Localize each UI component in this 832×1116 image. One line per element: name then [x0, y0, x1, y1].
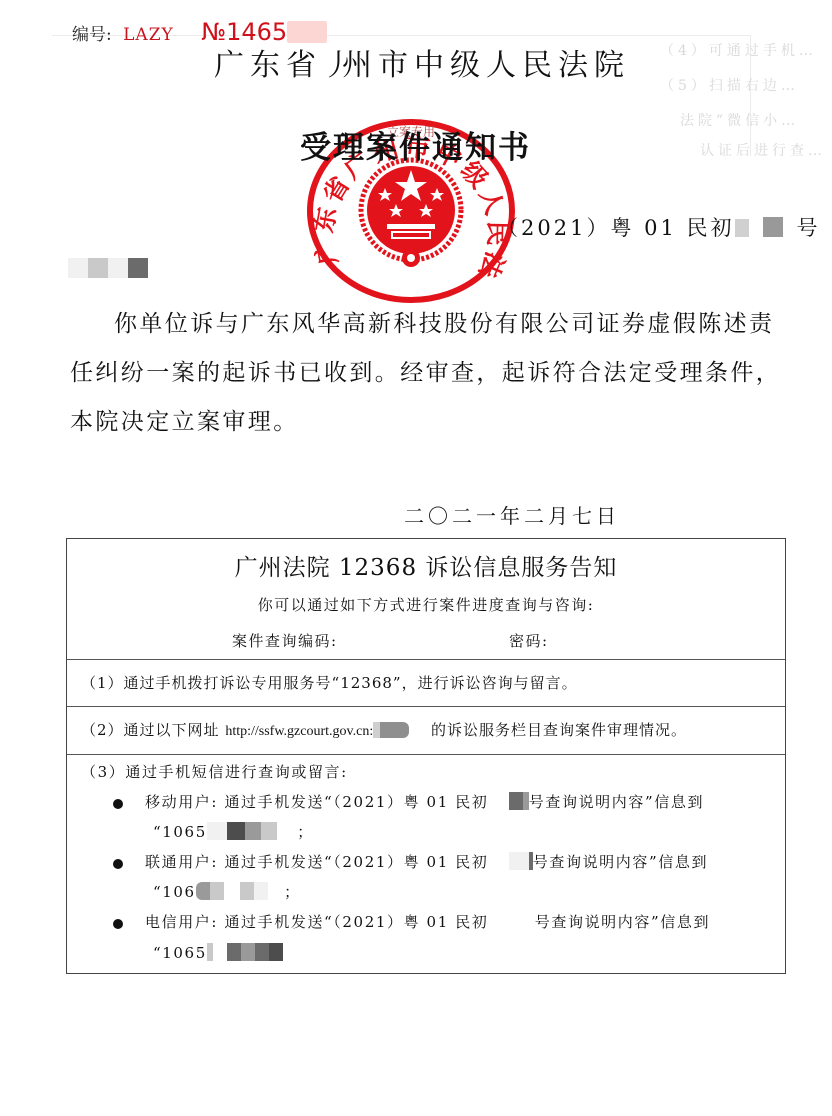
sms-number-prefix: “106	[153, 883, 196, 901]
redaction-gap	[213, 943, 227, 961]
bullet-icon	[113, 859, 123, 869]
redaction-block	[128, 258, 148, 278]
recipient-redaction	[68, 258, 148, 278]
bleed-through-text: 法院”微信小…	[680, 110, 799, 130]
sms-header: （3）通过手机短信进行查询或留言:	[81, 761, 348, 782]
court-name: 广东省丿州市中级人民法院	[214, 40, 630, 84]
redaction-block	[509, 852, 529, 870]
sms-instruction: 通过手机发送“（2021）粤 01 民初	[224, 793, 488, 811]
carrier-label: 联通用户:	[145, 853, 218, 871]
sms-instruction: 通过手机发送“（2021）粤 01 民初	[224, 853, 488, 871]
sms-unicom-line: 联通用户: 通过手机发送“（2021）粤 01 民初 号查询说明内容”信息到	[145, 851, 708, 872]
sms-instruction: 通过手机发送“（2021）粤 01 民初	[224, 913, 488, 931]
redaction-block	[108, 258, 128, 278]
website-suffix: 的诉讼服务栏目查询案件审理情况。	[431, 721, 687, 739]
redaction-block	[227, 943, 241, 961]
table-header-row: 广州法院 12368 诉讼信息服务告知 你可以通过如下方式进行案件进度查询与咨询…	[67, 539, 785, 659]
redaction-block	[735, 219, 749, 237]
sms-mobile-line: 移动用户: 通过手机发送“（2021）粤 01 民初 号查询说明内容”信息到	[145, 791, 704, 812]
service-notice-table: 广州法院 12368 诉讼信息服务告知 你可以通过如下方式进行案件进度查询与咨询…	[66, 538, 786, 974]
court-name-fragment: 丿	[322, 40, 342, 84]
redaction-block	[210, 882, 224, 900]
website-prefix: （2）通过以下网址	[81, 721, 220, 739]
court-name-part: 广东省	[214, 48, 322, 83]
redaction-gap	[224, 882, 240, 900]
case-number-suffix: 号	[797, 216, 821, 240]
redaction-block	[240, 882, 254, 900]
case-number: （2021）粤 01 民初号	[497, 212, 821, 242]
redaction-gap	[495, 912, 535, 930]
table-subtitle: 你可以通过如下方式进行案件进度查询与咨询:	[67, 594, 785, 615]
bleed-through-text: （4）可通过手机…	[660, 40, 817, 60]
bleed-through-text: 认证后进行查…	[700, 140, 826, 160]
document-title: 受理案件通知书	[300, 122, 531, 167]
sms-instruction-tail: 号查询说明内容”信息到	[533, 853, 708, 871]
redaction-block	[241, 943, 255, 961]
redaction-block	[269, 943, 283, 961]
redaction-block	[207, 822, 227, 840]
redaction-block	[88, 258, 108, 278]
carrier-label: 移动用户:	[145, 793, 218, 811]
sms-mobile-number: “1065 ；	[153, 821, 314, 842]
carrier-label: 电信用户:	[145, 913, 218, 931]
serial-label: 编号:	[72, 25, 112, 45]
query-code-label: 案件查询编码:	[232, 630, 338, 651]
redaction-block	[763, 217, 783, 237]
sms-telecom-line: 电信用户: 通过手机发送“（2021）粤 01 民初 号查询说明内容”信息到	[145, 911, 710, 932]
redaction-block	[227, 822, 245, 840]
redaction-block	[68, 258, 88, 278]
website-link[interactable]: http://ssfw.gzcourt.gov.cn:	[225, 724, 373, 739]
table-row: （2）通过以下网址 http://ssfw.gzcourt.gov.cn: 的诉…	[67, 706, 785, 754]
redaction-block	[509, 792, 523, 810]
sms-instruction-tail: 号查询说明内容”信息到	[535, 913, 710, 931]
court-name-part: 州市中级人民法院	[342, 48, 630, 83]
bullet-icon	[113, 919, 123, 929]
case-number-prefix: （2021）粤 01 民初	[497, 216, 735, 240]
sms-number-prefix: “1065	[153, 823, 207, 841]
redaction-block	[261, 822, 277, 840]
sms-unicom-number: “106 ；	[153, 881, 301, 902]
notice-paragraph: 你单位诉与广东风华高新科技股份有限公司证券虚假陈述责任纠纷一案的起诉书已收到。经…	[70, 300, 790, 447]
table-row: （1）通过手机拨打诉讼专用服务号“12368”，进行诉讼咨询与留言。	[67, 659, 785, 706]
serial-prefix: LAZY	[123, 25, 174, 45]
redaction-block	[196, 882, 210, 900]
sms-number-prefix: “1065	[153, 944, 207, 962]
redaction-block	[245, 822, 261, 840]
redaction-block	[254, 882, 268, 900]
table-row: （3）通过手机短信进行查询或留言: 移动用户: 通过手机发送“（2021）粤 0…	[67, 754, 785, 973]
sms-end-mark: ；	[297, 823, 314, 841]
sms-end-mark: ；	[284, 883, 301, 901]
bleed-through-text: （5）扫描右边…	[660, 75, 799, 95]
bullet-icon	[113, 799, 123, 809]
sms-instruction-tail: 号查询说明内容”信息到	[529, 793, 704, 811]
redaction-block	[373, 722, 409, 738]
table-title: 广州法院 12368 诉讼信息服务告知	[67, 549, 785, 582]
issue-date: 二〇二一年二月七日	[404, 500, 620, 529]
password-label: 密码:	[509, 630, 549, 651]
paragraph-text: 你单位诉与广东风华高新科技股份有限公司证券虚假陈述责任纠纷一案的起诉书已收到。经…	[70, 311, 781, 435]
sms-telecom-number: “1065	[153, 943, 283, 962]
redaction-block	[255, 943, 269, 961]
phone-hotline-text: （1）通过手机拨打诉讼专用服务号“12368”，进行诉讼咨询与留言。	[81, 674, 578, 692]
